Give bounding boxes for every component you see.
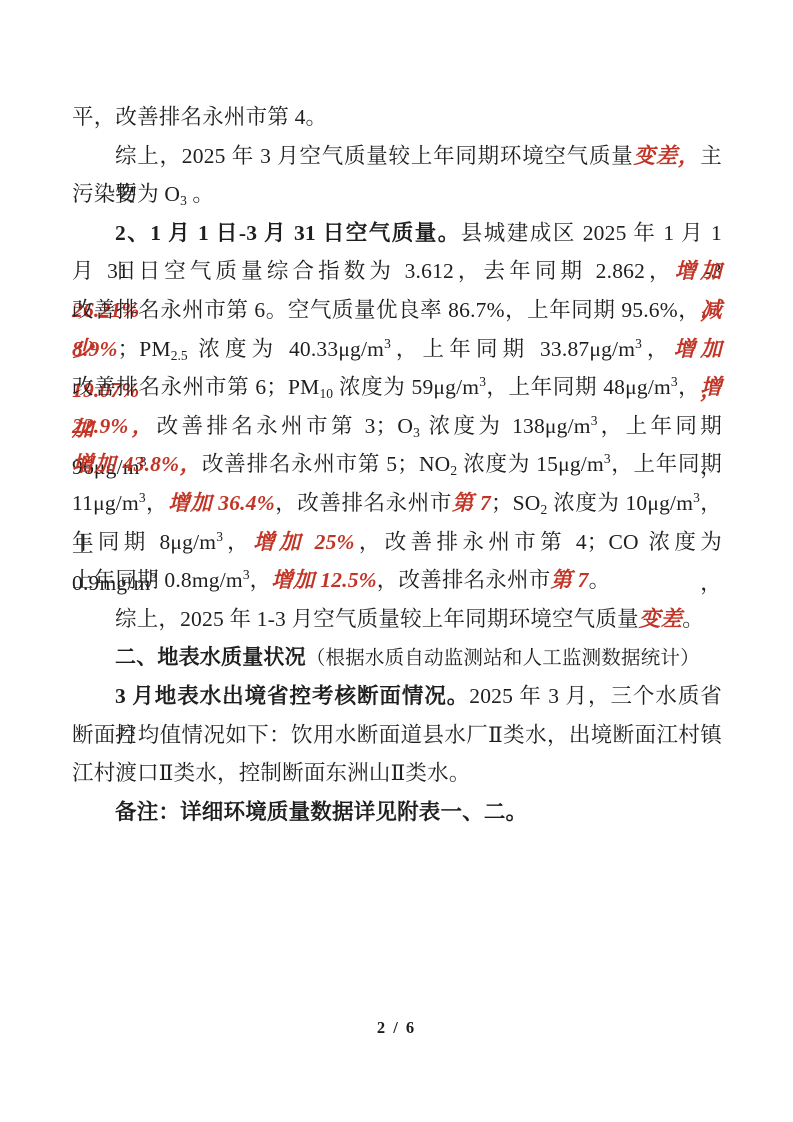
text-run: 。 (187, 182, 214, 206)
text-line: 二、地表水质量状况（根据水质自动监测站和人工监测数据统计） (72, 638, 722, 677)
text-line: 改善排名永州市第 6；PM10 浓度为 59μg/m3，上年同期 48μg/m3… (72, 368, 722, 407)
text-run: 上年同期 0.8mg/m (72, 568, 243, 592)
text-run: 3 (140, 454, 147, 469)
text-run: 3 (180, 193, 187, 208)
text-run: 浓度为 40.33μg/m (188, 337, 384, 361)
text-run: ，上年同期 33.87μg/m (391, 337, 635, 361)
text-run: 3 月地表水出境省控考核断面情况。 (115, 684, 469, 708)
text-line: 增加 43.8%，改善排名永州市第 5；NO2 浓度为 15μg/m3，上年同期 (72, 445, 722, 484)
text-run: （根据水质自动监测站和人工监测数据统计） (306, 648, 700, 669)
text-run: ，上年同期 (611, 452, 722, 476)
text-run: ，上年同期 48μg/m (486, 375, 671, 399)
text-line: 11μg/m3，增加 36.4%，改善排名永州市第 7；SO2 浓度为 10μg… (72, 484, 722, 523)
text-run: 综上，2025 年 3 月空气质量较上年同期环境空气质量 (115, 144, 633, 168)
highlight-red-text: 22.9%， (72, 414, 157, 438)
text-line: 断面月均值情况如下：饮用水断面道县水厂Ⅱ类水，出境断面江村镇 (72, 716, 722, 755)
highlight-red-text: 增加 12.5% (271, 568, 377, 592)
text-line: 备注：详细环境质量数据详见附表一、二。 (72, 793, 722, 832)
text-run: 月 31 日空气质量综合指数为 3.612，去年同期 2.862， (72, 259, 675, 283)
text-run: ， (146, 491, 168, 515)
text-run: 江村渡口Ⅱ类水，控制断面东洲山Ⅱ类水。 (72, 761, 471, 785)
text-run: 3 (693, 490, 700, 505)
text-run: 污染物为 O (72, 182, 180, 206)
text-run: 3 (479, 374, 486, 389)
text-line: 平，改善排名永州市第 4。 (72, 98, 722, 137)
text-line: 年同期 8μg/m3，增加 25%，改善排永州市第 4；CO 浓度为 0.9mg… (72, 523, 722, 562)
text-run: 3 (243, 567, 250, 582)
text-run: 浓度为 59μg/m (333, 375, 479, 399)
text-run: 3 (139, 490, 146, 505)
text-run: 3 (413, 425, 420, 440)
document-page: 平，改善排名永州市第 4。综上，2025 年 3 月空气质量较上年同期环境空气质… (0, 0, 793, 1122)
text-run: 3 (671, 374, 678, 389)
text-run: 备注：详细环境质量数据详见附表一、二。 (115, 800, 527, 824)
text-run: 综上，2025 年 1-3 月空气质量较上年同期环境空气质量 (115, 607, 639, 631)
text-run: ， (223, 530, 253, 554)
highlight-red-text: 增加 25% (253, 530, 355, 554)
text-run: 3 (384, 336, 391, 351)
text-run: 2 (450, 463, 457, 478)
text-run: ， (678, 375, 701, 399)
text-run: 。 (589, 568, 611, 592)
text-run: 3 (635, 336, 642, 351)
highlight-red-text: 8.9% (72, 337, 118, 361)
text-run: 改善排名永州市第 6。空气质量优良率 86.7%，上年同期 95.6%， (72, 298, 700, 322)
text-line: 江村渡口Ⅱ类水，控制断面东洲山Ⅱ类水。 (72, 754, 722, 793)
text-run: 浓度为 138μg/m (420, 414, 591, 438)
text-run: ，改善排名永州市 (275, 491, 452, 515)
text-run: 平，改善排名永州市第 4。 (72, 105, 327, 129)
text-line: 2、1 月 1 日-3 月 31 日空气质量。县城建成区 2025 年 1 月 … (72, 214, 722, 253)
text-run: ；SO (491, 491, 541, 515)
highlight-red-text: 变差， (633, 144, 700, 168)
document-content: 平，改善排名永州市第 4。综上，2025 年 3 月空气质量较上年同期环境空气质… (72, 98, 722, 831)
text-run: ， (642, 337, 674, 361)
text-run: 2.5 (171, 348, 188, 363)
text-run: 3 (604, 451, 611, 466)
text-run: 3 (150, 570, 157, 585)
text-run: 11μg/m (72, 491, 139, 515)
highlight-red-text: 增加 43.8%， (72, 452, 202, 476)
page-number: 2 / 6 (0, 1018, 793, 1038)
text-run: 浓度为 15μg/m (457, 452, 604, 476)
text-line: 综上，2025 年 1-3 月空气质量较上年同期环境空气质量变差。 (72, 600, 722, 639)
text-run: ， (250, 568, 272, 592)
text-run: 3 (216, 529, 223, 544)
highlight-red-text: 第 7 (452, 491, 491, 515)
text-run: 3 (591, 413, 598, 428)
text-run: 断面月均值情况如下：饮用水断面道县水厂Ⅱ类水，出境断面江村镇 (72, 723, 722, 747)
text-run: 浓度为 10μg/m (547, 491, 693, 515)
text-line: 污染物为 O3 。 (72, 175, 722, 214)
text-run: 二、地表水质量状况 (115, 646, 306, 669)
text-run: 2、1 月 1 日-3 月 31 日空气质量。 (115, 221, 461, 245)
text-run: 改善排名永州市第 3；O (157, 414, 413, 438)
text-run: 10 (319, 386, 333, 401)
text-line: 8.9%；PM2.5 浓度为 40.33μg/m3，上年同期 33.87μg/m… (72, 330, 722, 369)
text-run: 。 (682, 607, 704, 631)
highlight-red-text: 第 7 (550, 568, 588, 592)
text-line: 综上，2025 年 3 月空气质量较上年同期环境空气质量变差，主要 (72, 137, 722, 176)
text-run: ；PM (118, 337, 171, 361)
text-run: 年同期 8μg/m (72, 530, 216, 554)
text-line: 改善排名永州市第 6。空气质量优良率 86.7%，上年同期 95.6%，减少 (72, 291, 722, 330)
text-line: 3 月地表水出境省控考核断面情况。2025 年 3 月，三个水质省控 (72, 677, 722, 716)
text-line: 22.9%，改善排名永州市第 3；O3 浓度为 138μg/m3，上年同期 96… (72, 407, 722, 446)
highlight-red-text: 增加 36.4% (168, 491, 275, 515)
text-line: 月 31 日空气质量综合指数为 3.612，去年同期 2.862，增加 26.2… (72, 252, 722, 291)
text-run: ，改善排名永州市 (377, 568, 551, 592)
highlight-red-text: 变差 (639, 607, 682, 631)
text-run: 2 (541, 502, 548, 517)
text-run: 改善排名永州市第 5；NO (202, 452, 450, 476)
text-run: 改善排名永州市第 6；PM (72, 375, 319, 399)
